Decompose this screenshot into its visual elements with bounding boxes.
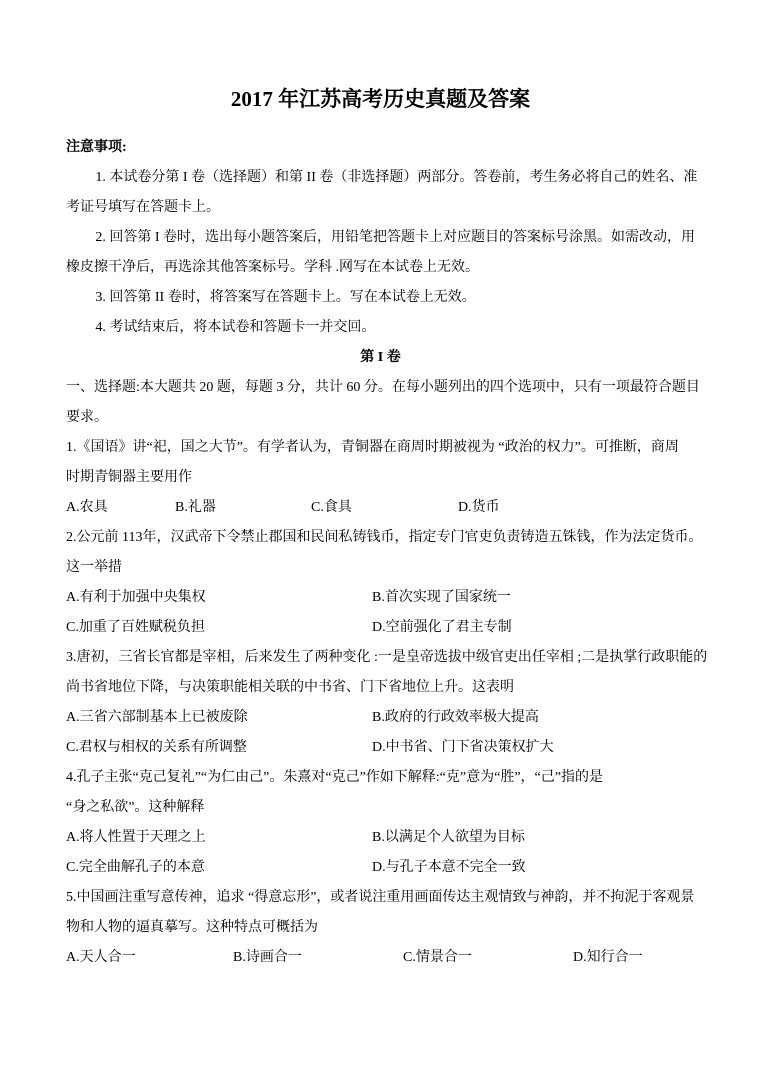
question-5-option-a: A.天人合一 [66, 943, 136, 973]
question-4-options-row-2: C.完全曲解孔子的本意 D.与孔子本意不完全一致 [66, 853, 695, 883]
question-5-text: 5.中国画注重写意传神，追求 “得意忘形”，或者说注重用画面传达主观情致与神韵，… [66, 883, 695, 943]
question-1-option-d: D.货币 [458, 493, 500, 523]
question-1-text: 1.《国语》讲“祀，国之大节”。有学者认为，青铜器在商周时期被视为 “政治的权力… [66, 433, 695, 493]
question-2-options-row-2: C.加重了百姓赋税负担 D.空前强化了君主专制 [66, 613, 695, 643]
notice-item-2: 2. 回答第 I 卷时，选出每小题答案后，用铅笔把答题卡上对应题目的答案标号涂黑… [66, 223, 695, 283]
question-5-option-b: B.诗画合一 [233, 943, 302, 973]
question-4-option-d: D.与孔子本意不完全一致 [372, 853, 526, 883]
question-1-option-a: A.农具 [66, 493, 108, 523]
question-2-option-b: B.首次实现了国家统一 [372, 583, 511, 613]
document-body: 注意事项: 1. 本试卷分第 I 卷（选择题）和第 II 卷（非选择题）两部分。… [0, 133, 761, 973]
question-4-option-b: B.以满足个人欲望为目标 [372, 823, 525, 853]
question-4-text: 4.孔子主张“克己复礼”“为仁由己”。朱熹对“克己”作如下解释:“克”意为“胜”… [66, 763, 695, 823]
question-1-option-b: B.礼器 [175, 493, 216, 523]
question-1-options: A.农具 B.礼器 C.食具 D.货币 [66, 493, 695, 523]
question-3-options-row-1: A.三省六部制基本上已被废除 B.政府的行政效率极大提高 [66, 703, 695, 733]
notice-heading: 注意事项: [66, 133, 695, 163]
exam-paper-page: 2017 年江苏高考历史真题及答案 注意事项: 1. 本试卷分第 I 卷（选择题… [0, 0, 761, 1076]
question-2-option-a: A.有利于加强中央集权 [66, 583, 206, 613]
question-3-option-c: C.君权与相权的关系有所调整 [66, 733, 247, 763]
question-2-options-row-1: A.有利于加强中央集权 B.首次实现了国家统一 [66, 583, 695, 613]
question-3-option-a: A.三省六部制基本上已被废除 [66, 703, 248, 733]
section-intro: 一、选择题:本大题共 20 题，每题 3 分，共计 60 分。在每小题列出的四个… [66, 373, 695, 433]
question-3-option-b: B.政府的行政效率极大提高 [372, 703, 539, 733]
question-2-option-c: C.加重了百姓赋税负担 [66, 613, 205, 643]
question-5-option-c: C.情景合一 [403, 943, 472, 973]
question-2-option-d: D.空前强化了君主专制 [372, 613, 512, 643]
question-5-option-d: D.知行合一 [573, 943, 643, 973]
question-4-options-row-1: A.将人性置于天理之上 B.以满足个人欲望为目标 [66, 823, 695, 853]
question-1-option-c: C.食具 [311, 493, 352, 523]
question-3-options-row-2: C.君权与相权的关系有所调整 D.中书省、门下省决策权扩大 [66, 733, 695, 763]
question-3-text: 3.唐初，三省长官都是宰相，后来发生了两种变化 :一是皇帝选拔中级官吏出任宰相 … [66, 643, 695, 703]
question-4-option-c: C.完全曲解孔子的本意 [66, 853, 205, 883]
page-title: 2017 年江苏高考历史真题及答案 [0, 0, 761, 112]
notice-item-3: 3. 回答第 II 卷时，将答案写在答题卡上。写在本试卷上无效。 [66, 283, 695, 313]
question-5-options: A.天人合一 B.诗画合一 C.情景合一 D.知行合一 [66, 943, 695, 973]
question-4-option-a: A.将人性置于天理之上 [66, 823, 206, 853]
notice-item-1: 1. 本试卷分第 I 卷（选择题）和第 II 卷（非选择题）两部分。答卷前，考生… [66, 163, 695, 223]
notice-item-4: 4. 考试结束后，将本试卷和答题卡一并交回。 [66, 313, 695, 343]
section-heading: 第 I 卷 [66, 343, 695, 373]
question-2-text: 2.公元前 113年，汉武帝下令禁止郡国和民间私铸钱币，指定专门官吏负责铸造五铢… [66, 523, 695, 583]
question-3-option-d: D.中书省、门下省决策权扩大 [372, 733, 554, 763]
